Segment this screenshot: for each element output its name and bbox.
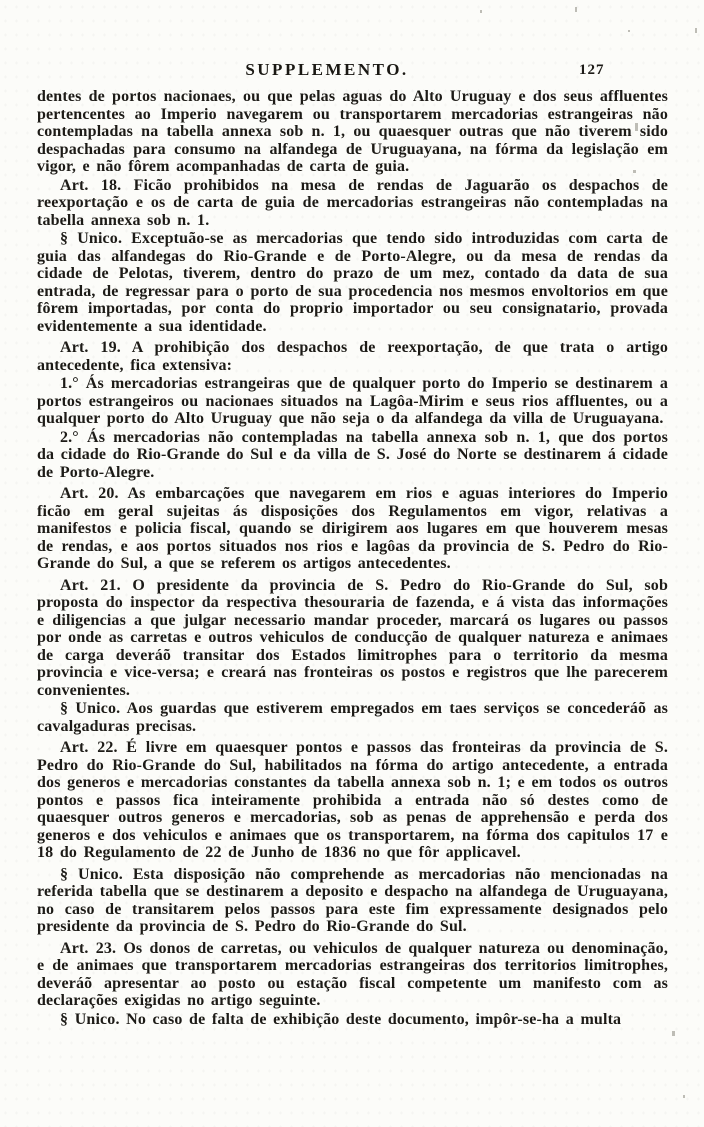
scan-speck xyxy=(683,1095,685,1098)
paragraph-art-21: Art. 21. O presidente da provincia de S.… xyxy=(37,577,668,700)
paragraph-unico-art-21: § Unico. Aos guardas que estiverem empre… xyxy=(37,700,668,735)
paragraph-art-23: Art. 23. Os donos de carretas, ou vehicu… xyxy=(37,940,668,1010)
scan-speck xyxy=(628,30,630,32)
paragraph-unico-art-18: § Unico. Exceptuão-se as mercadorias que… xyxy=(37,230,668,335)
paragraph-art-19: Art. 19. A prohibição dos despachos de r… xyxy=(37,339,668,374)
scan-speck xyxy=(695,28,697,33)
page-header: SUPPLEMENTO. 127 xyxy=(0,60,704,82)
paragraph-art-22: Art. 22. É livre em quaesquer pontos e p… xyxy=(37,739,668,862)
paragraph-unico-art-23: § Unico. No caso de falta de exhibição d… xyxy=(37,1011,668,1029)
scan-speck xyxy=(632,384,635,387)
scan-speck xyxy=(575,7,577,12)
paragraph-continuation: dentes de portos nacionaes, ou que pelas… xyxy=(37,88,668,176)
scan-speck xyxy=(480,10,482,13)
scan-speck xyxy=(635,123,638,131)
scan-speck xyxy=(633,170,636,173)
page-number: 127 xyxy=(579,62,605,79)
paragraph-art-20: Art. 20. As embarcações que navegarem em… xyxy=(37,485,668,573)
scanned-document-page: SUPPLEMENTO. 127 dentes de portos nacion… xyxy=(0,0,704,1127)
paragraph-unico-art-22: § Unico. Esta disposição não comprehende… xyxy=(37,866,668,936)
document-body: dentes de portos nacionaes, ou que pelas… xyxy=(37,88,668,1029)
paragraph-art-18: Art. 18. Ficão prohibidos na mesa de ren… xyxy=(37,177,668,230)
page-title: SUPPLEMENTO. xyxy=(0,60,654,80)
scan-speck xyxy=(672,1031,675,1036)
paragraph-art-19-item-1: 1.° Ás mercadorias estrangeiras que de q… xyxy=(37,375,668,428)
paragraph-art-19-item-2: 2.° Ás mercadorias não contempladas na t… xyxy=(37,429,668,482)
